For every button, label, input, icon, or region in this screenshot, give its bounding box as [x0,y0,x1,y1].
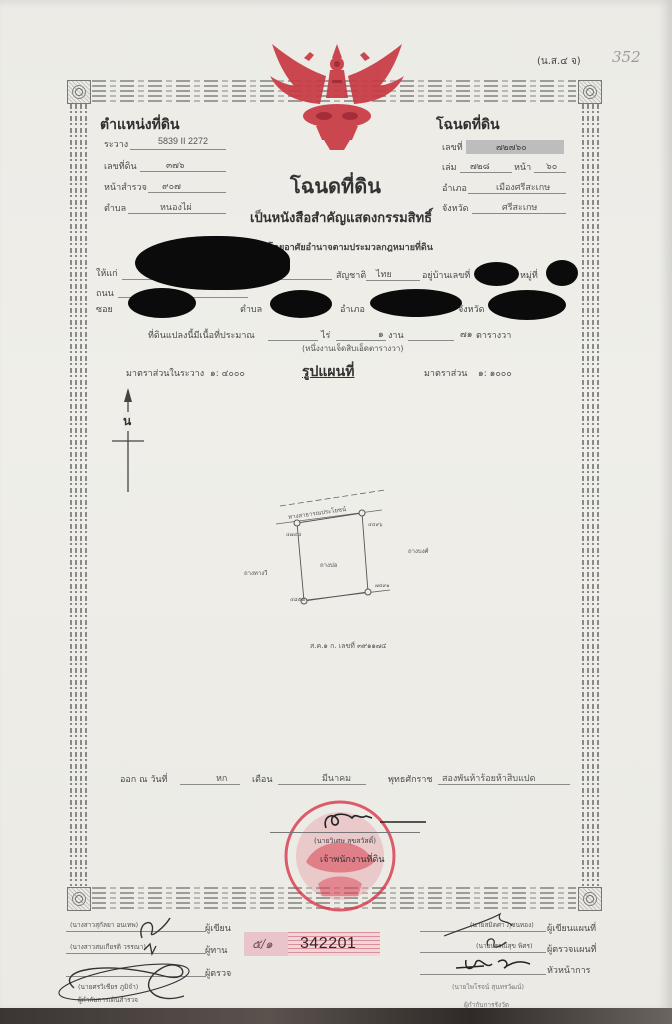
map-scale-value: ๑: ๑๐๐๐ [478,366,512,380]
area-in-words: (หนึ่งงานเจ็ดสิบเอ็ดตารางวา) [302,342,403,355]
marker-southeast: ๗๔๙๑ [375,582,389,590]
document-title: โฉนดที่ดิน [290,170,381,202]
document-subtitle: เป็นหนังสือสำคัญแสดงกรรมสิทธิ์ [250,207,432,228]
sheet-scale-value: ๑: ๔๐๐๐ [210,366,245,380]
redacted-house-number [474,262,519,286]
north-arrow-icon [108,384,148,494]
serial-number: 342201 [300,935,356,953]
west-neighbor-label: ถางทางวี [244,568,268,578]
redacted-owner-province [488,290,566,320]
owner-province-label: จังหวัด [458,302,485,316]
redacted-owner-subdistrict [270,290,332,318]
land-title-deed-page: (น.ส.๔ จ) 352 ตำแหน่งที่ดิน ร [0,0,672,1012]
field-label-survey-page: หน้าสำรวจ [104,180,147,194]
nationality-label: สัญชาติ [336,268,366,282]
deed-number-value: ๗๒๗๖๐ [496,140,527,154]
redacted-moo [546,260,578,286]
official-signature [320,808,430,832]
garuda-emblem-icon [264,40,410,152]
field-value-map-sheet: 5839 II 2272 [158,136,208,146]
redacted-owner-name [135,236,290,290]
issued-day: หก [216,771,227,785]
left-border-pattern [70,104,88,886]
owner-subdistrict-label: ตำบล [240,302,262,316]
district-label: อำเภอ [442,181,467,195]
north-label: น [123,412,131,431]
page-value: ๖๐ [546,159,557,173]
field-label-map-sheet: ระวาง [104,137,128,151]
form-code: (น.ส.๔ จ) [537,54,581,69]
official-title: เจ้าพนักงานที่ดิน [320,852,384,866]
road-label: ถนน [96,286,114,300]
province-value: ศรีสะเกษ [502,200,537,214]
owner-district-label: อำเภอ [340,302,365,316]
marker-southwest: ๔๘๕๗ [290,596,305,604]
survey-reference: ส.ค.๑ ก. เลขที่ ๓๙๑๑๗๔ [310,641,386,652]
province-label: จังหวัด [442,201,469,215]
deed-title-right: โฉนดที่ดิน [436,114,500,136]
area-wah-label: ตารางวา [476,328,511,342]
parcel-label: ถางปอ [320,560,337,570]
field-value-parcel-number: ๓๗๖ [166,158,185,172]
border-corner-ornament-icon [578,887,602,911]
issued-month: มีนาคม [322,771,351,785]
book-value: ๗๒๘ [470,159,490,173]
border-corner-ornament-icon [578,80,602,104]
house-number-label: อยู่บ้านเลขที่ [422,268,470,282]
field-label-parcel-number: เลขที่ดิน [104,159,137,173]
soi-label: ซอย [96,302,113,316]
marker-northwest: ๔๗๔๘ [286,531,301,539]
handwritten-reference: 352 [612,48,641,66]
page-label: หน้า [514,160,531,174]
map-scale-label: มาตราส่วน [424,366,467,380]
marker-northeast: ๔๔๙๖ [368,521,382,529]
border-corner-ornament-icon [67,887,91,911]
right-border-pattern [582,104,600,886]
district-value: เมืองศรีสะเกษ [496,180,550,194]
issued-month-label: เดือน [252,772,272,786]
serial-prefix: ๕/๑ [252,935,273,954]
area-ngan-label: งาน [388,328,404,342]
left-signatures-ink [44,910,214,1010]
field-value-survey-page: ๙๐๗ [162,179,181,193]
area-wah-value: ๗๑ [460,327,472,341]
area-rai-label: ไร่ [321,328,330,342]
east-neighbor-label: ถางบงศ์ [408,546,428,556]
border-corner-ornament-icon [67,80,91,104]
issued-prefix: ออก ณ วันที่ [120,772,167,786]
deed-number-label: เลขที่ [442,140,463,154]
area-intro-label: ที่ดินแปลงนี้มีเนื้อที่ประมาณ [148,328,255,342]
background-surface [0,1008,672,1024]
redacted-owner-district [370,289,462,317]
official-name: (นายวิเศษ สุขสวัสดิ์) [314,836,376,847]
map-title: รูปแผนที่ [302,361,354,383]
moo-label: หมู่ที่ [520,268,538,282]
area-ngan-value: ๑ [378,327,384,341]
sheet-scale-label: มาตราส่วนในระวาง [126,366,204,380]
nationality-value: ไทย [376,267,392,281]
land-location-title: ตำแหน่งที่ดิน [100,114,180,136]
field-value-subdistrict: หนองไผ่ [160,200,192,214]
book-label: เล่ม [442,160,457,174]
redacted-soi [128,288,196,318]
owner-label: ให้แก่ [96,266,118,280]
issued-year: สองพันห้าร้อยห้าสิบแปด [442,771,535,785]
issued-year-label: พุทธศักราช [388,772,433,786]
field-label-subdistrict: ตำบล [104,201,126,215]
right-signatures-ink [440,906,570,986]
